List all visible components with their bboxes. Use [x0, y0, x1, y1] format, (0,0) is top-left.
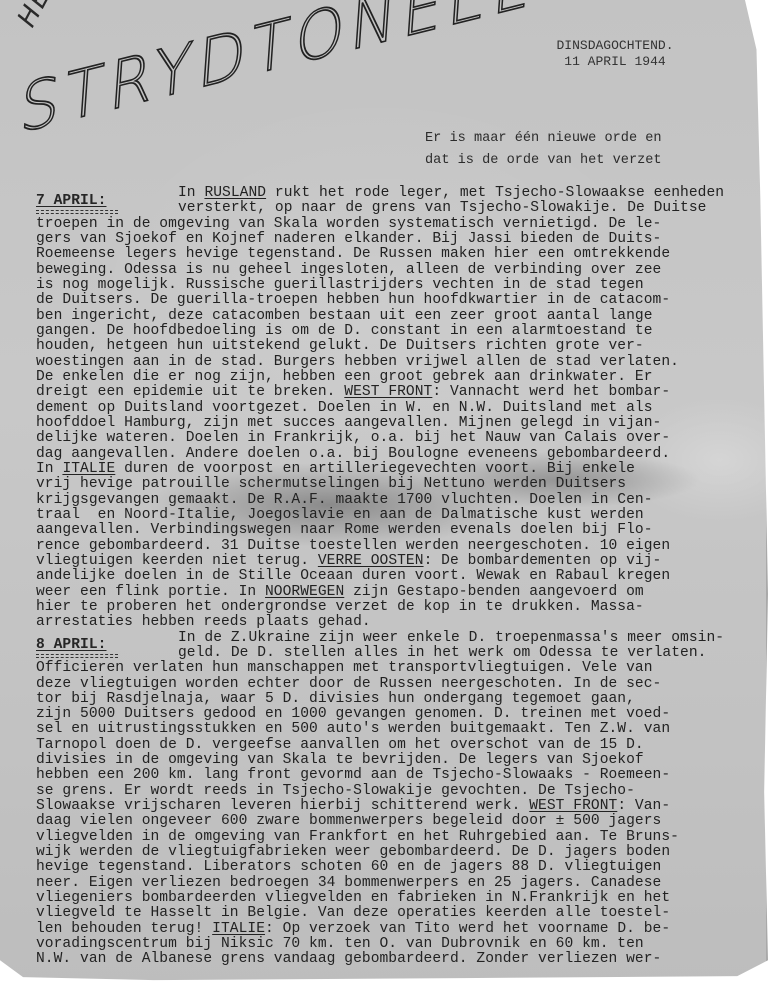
news-body: 7 APRIL:In RUSLAND rukt het rode leger, …	[36, 186, 736, 968]
motto-line-1: Er is maar één nieuwe orde en	[425, 128, 662, 150]
text-line: In RUSLAND rukt het rode leger, met Tsje…	[36, 186, 736, 201]
text-line: sel en uitrustingsstukken en 500 auto's …	[36, 722, 736, 737]
text-line: In ITALIE duren de voorpost en artilleri…	[36, 462, 736, 477]
text-line: woestingen aan in de stad. Burgers hebbe…	[36, 355, 736, 370]
text-line: aangevallen. Verbindingswegen naar Rome …	[36, 523, 736, 538]
text-line: vliegvelden in de omgeving van Frankfort…	[36, 830, 736, 845]
text-line: geld. De D. stellen alles in het werk om…	[36, 646, 736, 661]
text-line: vliegeniers bombardeerden vliegvelden en…	[36, 891, 736, 906]
text-line: vliegtuigen keerden niet terug. VERRE OO…	[36, 554, 736, 569]
region-keyword: ITALIE	[62, 461, 115, 477]
text-line: gers van Sjoekof en Kojnef naderen elkan…	[36, 232, 736, 247]
text-line: De enkelen die er nog zijn, hebben een g…	[36, 370, 736, 385]
newsletter-page: HET STRYDTONEEL DINSDAGOCHTEND. 11 APRIL…	[0, 0, 768, 990]
text-line: hevige tegenstand. Liberators schoten 60…	[36, 860, 736, 875]
text-line: troepen in de omgeving van Skala worden …	[36, 217, 736, 232]
text-line: rence gebombardeerd. 31 Duitse toestelle…	[36, 539, 736, 554]
text-line: andelijke doelen in de Stille Oceaan dur…	[36, 569, 736, 584]
text-line: deze vliegtuigen worden echter door de R…	[36, 677, 736, 692]
text-line: gangen. De hoofdbedoeling is om de D. co…	[36, 324, 736, 339]
text-line: divisies in de omgeving van Skala te bev…	[36, 753, 736, 768]
text-line: Slowaakse vrijscharen leveren hierbij sc…	[36, 799, 736, 814]
text-line: neer. Eigen verliezen bedroegen 34 bomme…	[36, 876, 736, 891]
text-line: voradingscentrum bij Niksic 70 km. ten O…	[36, 937, 736, 952]
text-line: hebben een 200 km. lang front gevormd aa…	[36, 768, 736, 783]
text-line: weer een flink portie. In NOORWEGEN zijn…	[36, 585, 736, 600]
text-line: hoofddoel Hamburg, zijn met succes aange…	[36, 416, 736, 431]
text-line: N.W. van de Albanese grens vandaag gebom…	[36, 952, 736, 967]
dateline-date: 11 APRIL 1944	[540, 54, 690, 70]
section-date-label: 7 APRIL:	[36, 194, 106, 209]
dateline: DINSDAGOCHTEND. 11 APRIL 1944	[540, 38, 690, 70]
text-line: traal en Noord-Italie, Joegoslavie en aa…	[36, 508, 736, 523]
region-keyword: RUSLAND	[204, 185, 266, 201]
text-line: wijk werden de vliegtuigfabrieken weer g…	[36, 845, 736, 860]
dated-section: 7 APRIL:In RUSLAND rukt het rode leger, …	[36, 186, 736, 631]
text-line: In de Z.Ukraine zijn weer enkele D. troe…	[36, 631, 736, 646]
section-date-label: 8 APRIL:	[36, 638, 106, 653]
text-line: beweging. Odessa is nu geheel ingesloten…	[36, 263, 736, 278]
section-label-double-rule	[36, 210, 118, 214]
text-line: dreigt een epidemie uit te breken. WEST …	[36, 385, 736, 400]
region-keyword: VERRE OOSTEN	[318, 553, 424, 569]
masthead-title: STRYDTONEEL	[18, 0, 488, 144]
text-line: Officieren verlaten hun manschappen met …	[36, 661, 736, 676]
text-line: dement op Duitsland voortgezet. Doelen i…	[36, 401, 736, 416]
text-line: delijke wateren. Doelen in Frankrijk, o.…	[36, 431, 736, 446]
dateline-day: DINSDAGOCHTEND.	[540, 38, 690, 54]
text-line: len behouden terug! ITALIE: Op verzoek v…	[36, 922, 736, 937]
text-line: tor bij Rasdjelnaja, waar 5 D. divisies …	[36, 692, 736, 707]
text-line: se grens. Er wordt reeds in Tsjecho-Slow…	[36, 784, 736, 799]
region-keyword: WEST FRONT	[529, 798, 617, 814]
text-line: daag vielen ongeveer 600 zware bommenwer…	[36, 814, 736, 829]
section-label-double-rule	[36, 654, 118, 658]
text-line: krijgsgevangen gemaakt. De R.A.F. maakte…	[36, 493, 736, 508]
region-keyword: ITALIE	[212, 921, 265, 937]
text-line: arrestaties hebben reeds plaats gehad.	[36, 615, 736, 630]
text-line: dag aangevallen. Andere doelen o.a. bij …	[36, 447, 736, 462]
masthead-prefix: HET	[12, 0, 66, 32]
dated-section: 8 APRIL:In de Z.Ukraine zijn weer enkele…	[36, 631, 736, 968]
text-line: vrij hevige patrouille schermutselingen …	[36, 477, 736, 492]
text-line: is nog mogelijk. Russische guerillastrij…	[36, 278, 736, 293]
text-line: Roemeense legers hevige tegenstand. De R…	[36, 247, 736, 262]
text-line: Tarnopol doen de D. vergeefse aanvallen …	[36, 738, 736, 753]
region-keyword: NOORWEGEN	[265, 584, 344, 600]
text-line: versterkt, op naar de grens van Tsjecho-…	[36, 201, 736, 216]
text-line: zijn 5000 Duitsers gedood en 1000 gevang…	[36, 707, 736, 722]
motto: Er is maar één nieuwe orde en dat is de …	[425, 128, 662, 172]
text-line: vliegveld te Hasselt in Belgie. Van deze…	[36, 906, 736, 921]
text-line: houden, hetgeen hun uitstekend gelukt. D…	[36, 339, 736, 354]
text-line: de Duitsers. De guerilla-troepen hebben …	[36, 293, 736, 308]
text-line: ben ingericht, deze catacomben bestaan u…	[36, 309, 736, 324]
text-line: hier te proberen het ondergrondse verzet…	[36, 600, 736, 615]
motto-line-2: dat is de orde van het verzet	[425, 150, 662, 172]
region-keyword: WEST FRONT	[344, 384, 432, 400]
